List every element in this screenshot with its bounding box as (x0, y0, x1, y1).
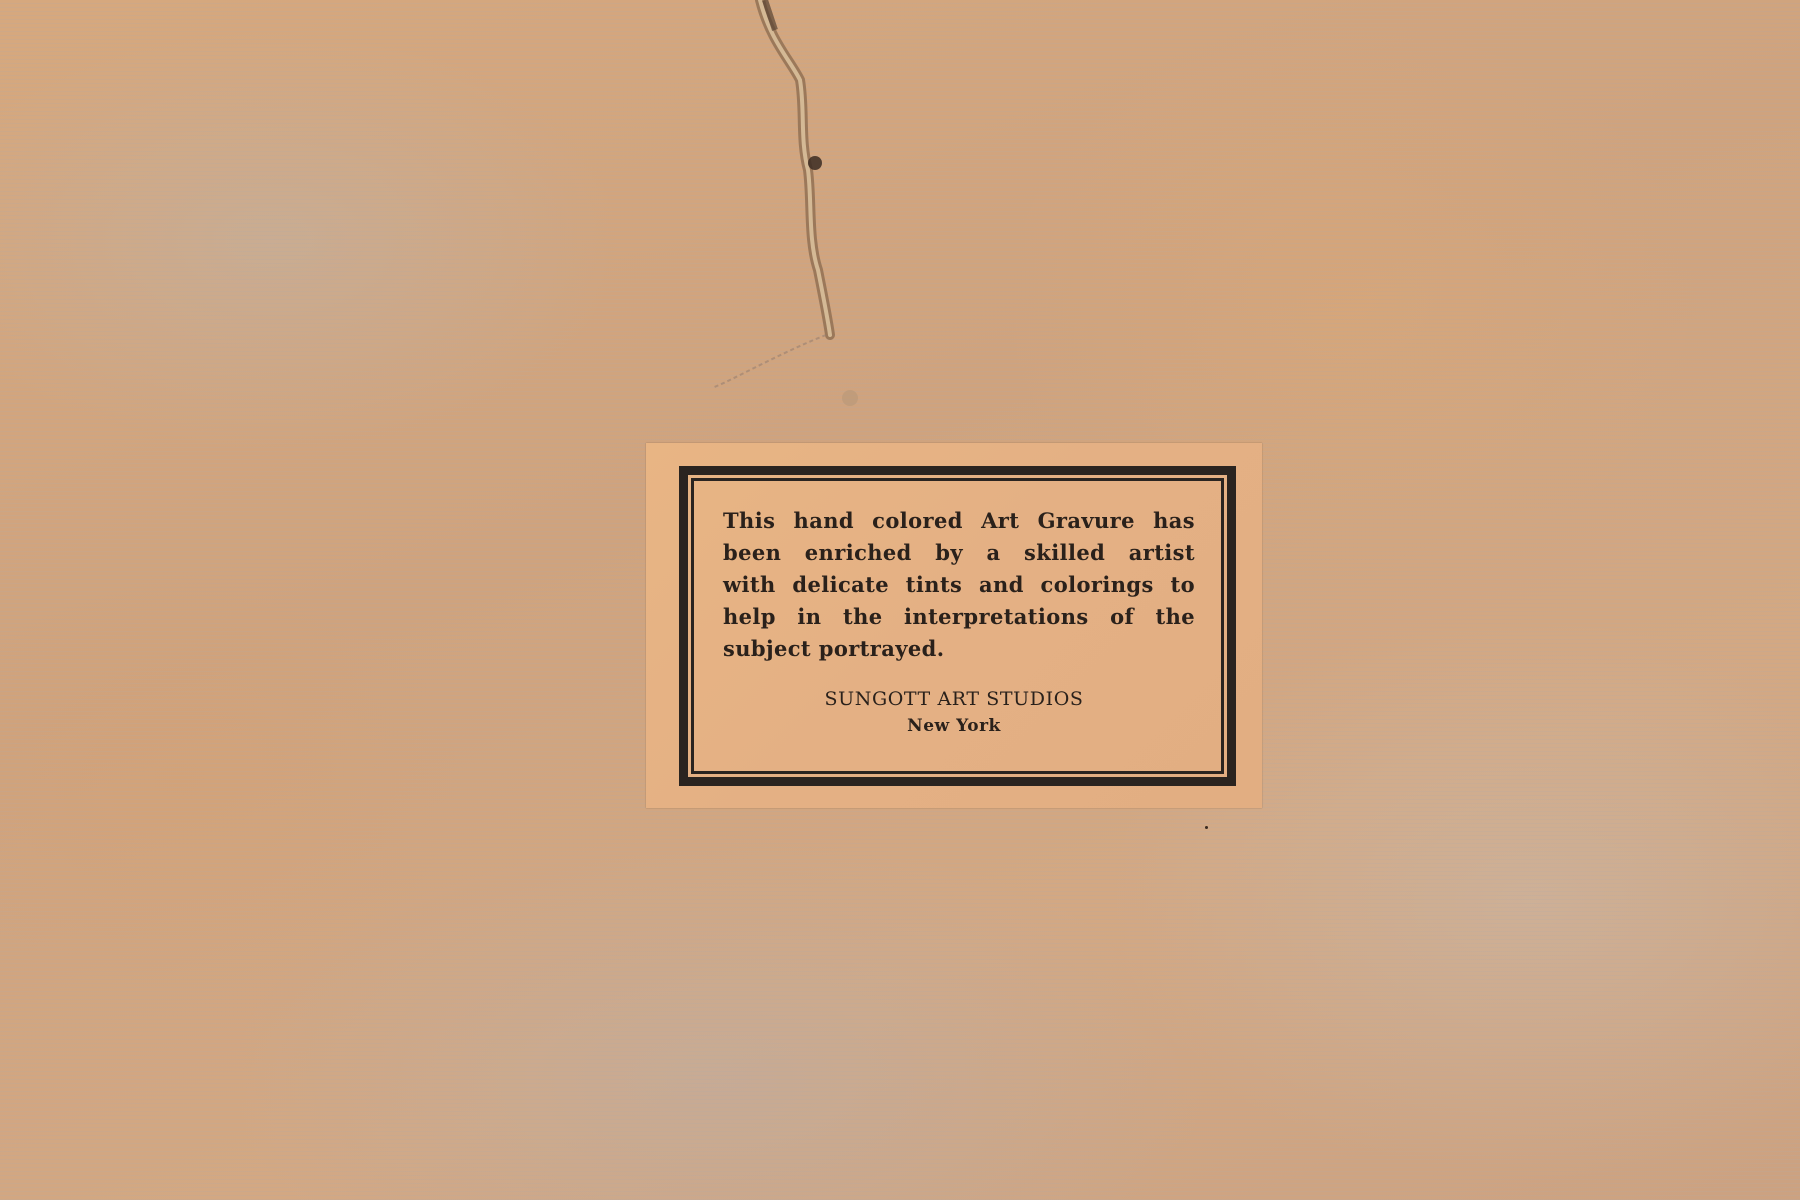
studio-city: New York (646, 716, 1262, 736)
label-line: This hand colored Art Gravure has (723, 505, 1195, 537)
label-body-text: This hand colored Art Gravure has been e… (723, 505, 1195, 665)
label-line: help in the interpretations of the (723, 601, 1195, 633)
studio-name: SUNGOTT ART STUDIOS (646, 688, 1262, 710)
ink-speck (1205, 826, 1208, 829)
printed-label: This hand colored Art Gravure has been e… (646, 443, 1262, 808)
label-line: subject portrayed. (723, 633, 1195, 665)
paper-tear (0, 0, 1800, 420)
label-line: been enriched by a skilled artist (723, 537, 1195, 569)
label-line: with delicate tints and colorings to (723, 569, 1195, 601)
